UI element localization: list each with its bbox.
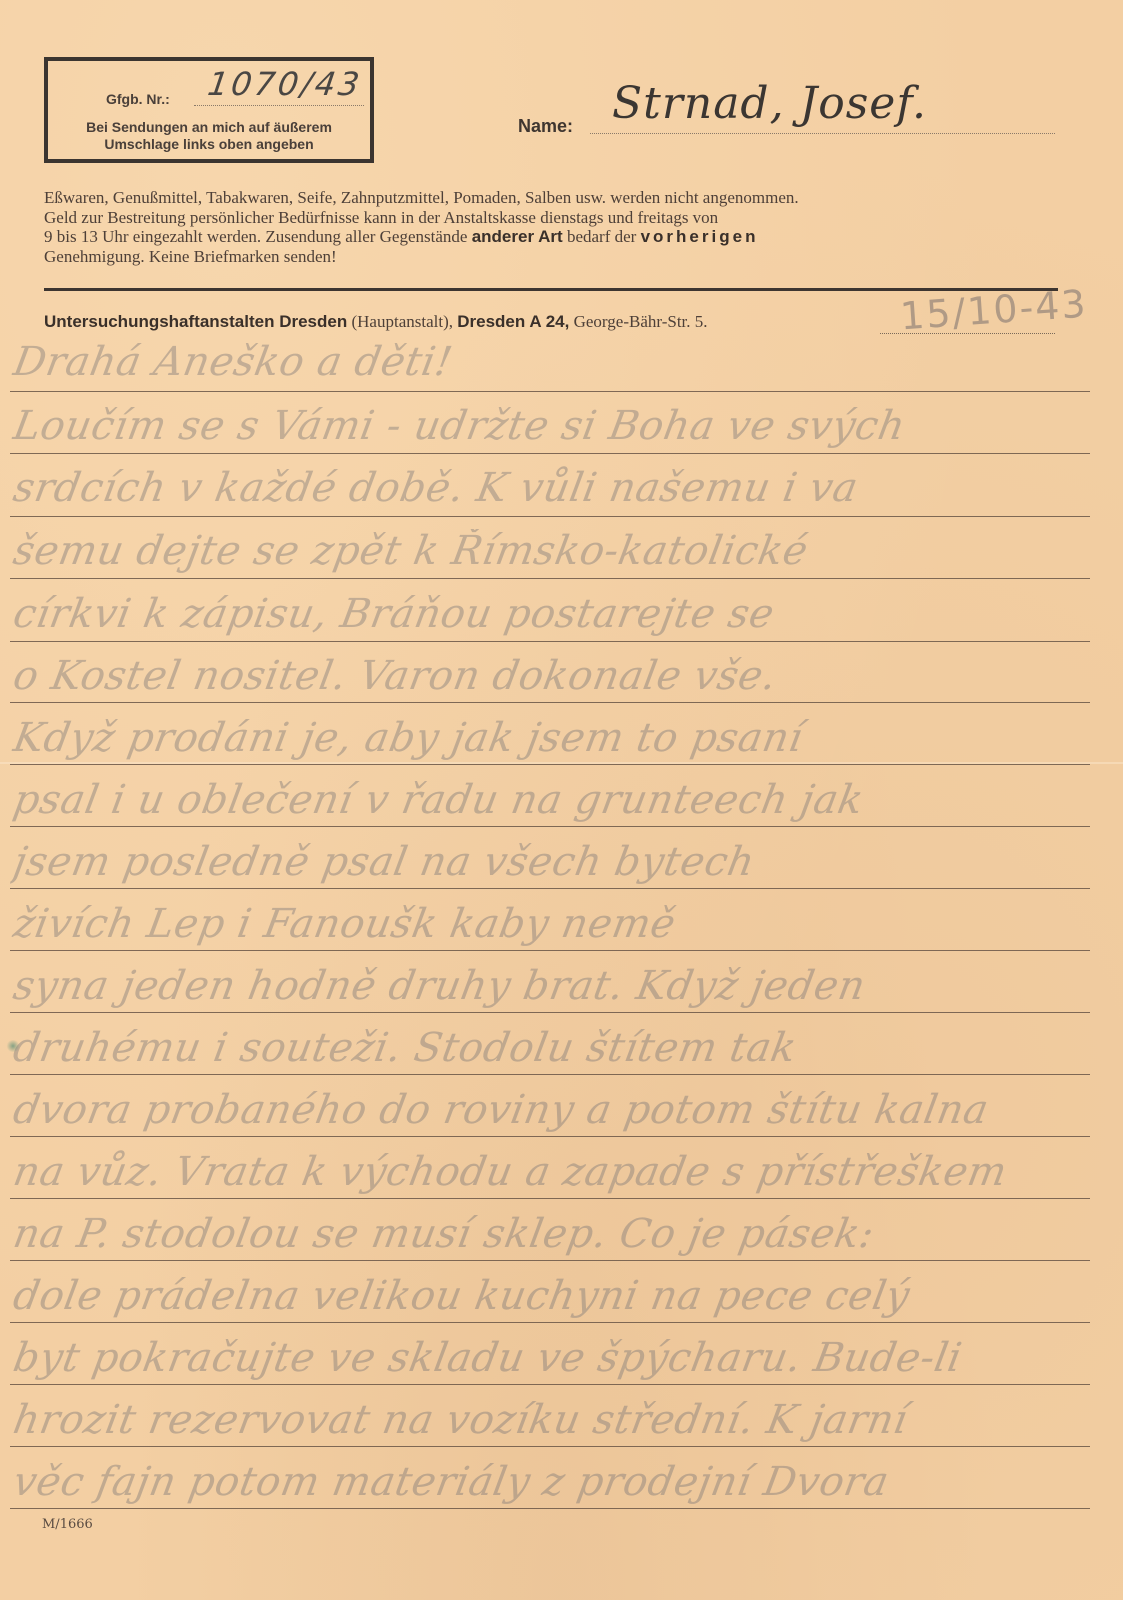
ruled-line xyxy=(10,1446,1090,1447)
rules-line-3-mid: bedarf der xyxy=(567,227,636,246)
letter-line: srdcích v každé době. K vůli našemu i va xyxy=(10,466,1108,510)
ruled-line xyxy=(10,516,1090,517)
ruled-line xyxy=(10,1198,1090,1199)
ruled-line xyxy=(10,826,1090,827)
institution-name: Untersuchungshaftanstalten Dresden xyxy=(44,312,347,331)
rules-line-3: 9 bis 13 Uhr eingezahlt werden. Zusendun… xyxy=(44,227,1058,247)
letter-line: církvi k zápisu, Bráňou postarejte se xyxy=(10,592,1108,636)
letter-line: byt pokračujte ve skladu ve špýcharu. Bu… xyxy=(10,1336,1108,1380)
ruled-line xyxy=(10,1136,1090,1137)
letter-line: Když prodáni je, aby jak jsem to psaní xyxy=(10,716,1108,760)
name-value: Strnad, Josef. xyxy=(612,78,927,129)
ruled-line xyxy=(10,764,1090,765)
letter-line: věc fajn potom materiály z prodejní Dvor… xyxy=(10,1460,1108,1504)
letter-line: Loučím se s Vámi - udržte si Boha ve svý… xyxy=(10,404,1108,448)
ruled-line xyxy=(10,1322,1090,1323)
ruled-line xyxy=(10,1384,1090,1385)
ink-stain xyxy=(6,1040,20,1052)
ruled-line xyxy=(10,888,1090,889)
name-dotted-line xyxy=(590,133,1055,134)
name-label: Name: xyxy=(518,116,573,137)
rules-line-1: Eßwaren, Genußmittel, Tabakwaren, Seife,… xyxy=(44,188,1058,208)
ruled-line xyxy=(10,391,1090,392)
letter-line: psal i u oblečení v řadu na grunteech ja… xyxy=(10,778,1108,822)
letter-line: druhému i souteži. Stodolu štítem tak xyxy=(10,1026,1108,1070)
ruled-line xyxy=(10,1508,1090,1509)
registration-number-label: Gfgb. Nr.: xyxy=(106,91,170,107)
letter-line: jsem posledně psal na všech bytech xyxy=(10,840,1108,884)
rules-line-3-start: 9 bis 13 Uhr eingezahlt werden. Zusendun… xyxy=(44,227,467,246)
letter-line: na vůz. Vrata k východu a zapade s příst… xyxy=(10,1150,1108,1194)
rules-line-4: Genehmigung. Keine Briefmarken senden! xyxy=(44,247,1058,267)
ruled-line xyxy=(10,578,1090,579)
institution-branch: (Hauptanstalt), xyxy=(351,312,453,331)
form-number: M/1666 xyxy=(42,1517,93,1532)
letter-line: živích Lep i Fanoušk kaby nemě xyxy=(10,902,1108,946)
rules-line-2: Geld zur Bestreitung persönlicher Bedürf… xyxy=(44,208,1058,228)
letter-line: o Kostel nositel. Varon dokonale vše. xyxy=(10,654,1108,698)
institution-street: George-Bähr-Str. 5. xyxy=(574,312,708,331)
prison-rules-text: Eßwaren, Genußmittel, Tabakwaren, Seife,… xyxy=(44,188,1058,266)
ruled-line xyxy=(10,1012,1090,1013)
mailing-instruction: Bei Sendungen an mich auf äußerem Umschl… xyxy=(48,119,370,153)
institution-city: Dresden A 24, xyxy=(457,312,569,331)
registration-number-box: Gfgb. Nr.: 1070/43 Bei Sendungen an mich… xyxy=(44,57,374,163)
institution-address: Untersuchungshaftanstalten Dresden (Haup… xyxy=(44,312,708,332)
letter-line: Drahá Aneško a děti! xyxy=(10,340,1108,384)
ruled-line xyxy=(10,453,1090,454)
ruled-line xyxy=(10,702,1090,703)
ruled-line xyxy=(10,1260,1090,1261)
mailing-instruction-line1: Bei Sendungen an mich auf äußerem xyxy=(48,119,370,136)
rules-bold-other-kind: anderer Art xyxy=(472,227,563,246)
letter-line: šemu dejte se zpět k Římsko-katolické xyxy=(10,529,1108,573)
letter-line: syna jeden hodně druhy brat. Když jeden xyxy=(10,964,1108,1008)
registration-number-value: 1070/43 xyxy=(205,65,364,103)
letter-line: na P. stodolou se musí sklep. Co je páse… xyxy=(10,1212,1108,1256)
letter-line: dvora probaného do roviny a potom štítu … xyxy=(10,1088,1108,1132)
rules-bold-prior: vorherigen xyxy=(641,227,759,246)
letter-line: dole prádelna velikou kuchyni na pece ce… xyxy=(10,1274,1108,1318)
paper-fold xyxy=(0,762,1123,764)
registration-number-dotted-line xyxy=(194,105,364,106)
ruled-line xyxy=(10,950,1090,951)
mailing-instruction-line2: Umschlage links oben angeben xyxy=(48,136,370,153)
letter-line: hrozit rezervovat na vozíku střední. K j… xyxy=(10,1398,1108,1442)
ruled-line xyxy=(10,1074,1090,1075)
header-divider xyxy=(44,288,1058,291)
ruled-line xyxy=(10,641,1090,642)
